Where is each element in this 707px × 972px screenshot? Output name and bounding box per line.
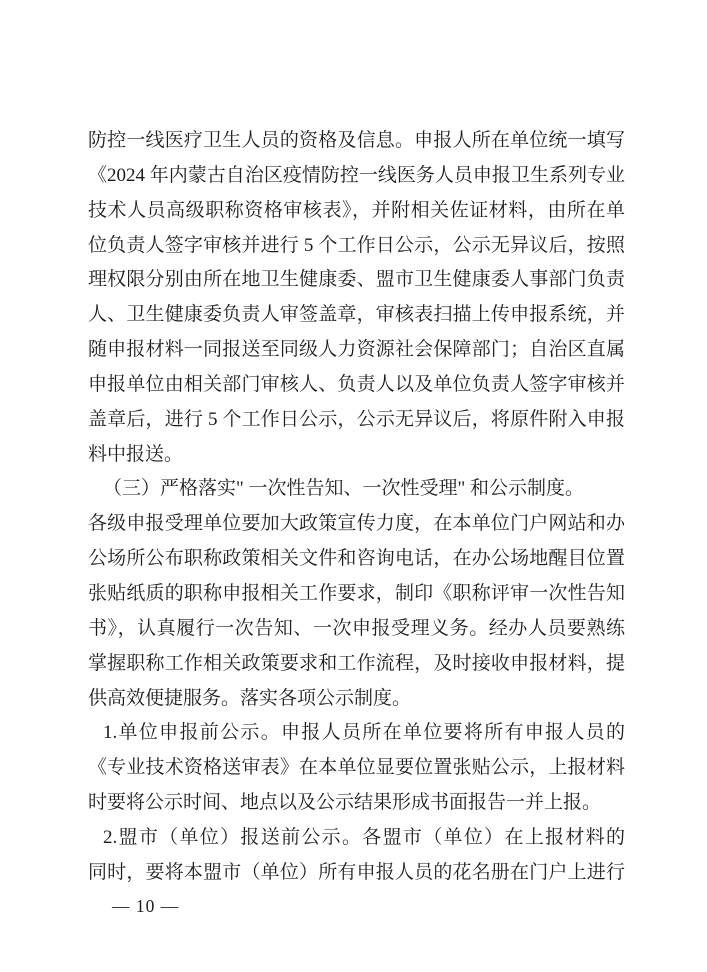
text-line: 供高效便捷服务。落实各项公示制度。 [88,682,625,717]
text-line: 随申报材料一同报送至同级人力资源社会保障部门；自治区直属 [88,333,625,368]
text-line: 盖章后，进行 5 个工作日公示，公示无异议后，将原件附入申报材 [88,403,625,438]
text-line: 料中报送。 [88,438,625,473]
text-line: 时要将公示时间、地点以及公示结果形成书面报告一并上报。 [88,786,625,821]
text-line: 张贴纸质的职称申报相关工作要求，制印《职称评审一次性告知 [88,577,625,612]
document-page: 防控一线医疗卫生人员的资格及信息。申报人所在单位统一填写《2024 年内蒙古自治… [0,0,707,972]
text-line: 书》，认真履行一次告知、一次申报受理义务。经办人员要熟练 [88,612,625,647]
text-line: 位负责人签字审核并进行 5 个工作日公示，公示无异议后，按照管 [88,229,625,264]
text-line: 《2024 年内蒙古自治区疫情防控一线医务人员申报卫生系列专业 [88,159,625,194]
text-line: 理权限分别由所在地卫生健康委、盟市卫生健康委人事部门负责 [88,263,625,298]
text-line: 申报单位由相关部门审核人、负责人以及单位负责人签字审核并 [88,368,625,403]
text-line: 《专业技术资格送审表》在本单位显要位置张贴公示，上报材料 [88,751,625,786]
text-line: 2.盟市（单位）报送前公示。各盟市（单位）在上报材料的 [88,821,625,856]
text-line: 技术人员高级职称资格审核表》，并附相关佐证材料，由所在单 [88,194,625,229]
text-line: 掌握职称工作相关政策要求和工作流程，及时接收申报材料，提 [88,647,625,682]
document-body: 防控一线医疗卫生人员的资格及信息。申报人所在单位统一填写《2024 年内蒙古自治… [88,124,625,891]
text-line: 各级申报受理单位要加大政策宣传力度，在本单位门户网站和办 [88,507,625,542]
text-line: 1.单位申报前公示。申报人员所在单位要将所有申报人员的 [88,716,625,751]
text-line: （三）严格落实" 一次性告知、一次性受理" 和公示制度。 [88,472,625,507]
text-line: 防控一线医疗卫生人员的资格及信息。申报人所在单位统一填写 [88,124,625,159]
text-line: 人、卫生健康委负责人审签盖章，审核表扫描上传申报系统，并 [88,298,625,333]
text-line: 同时，要将本盟市（单位）所有申报人员的花名册在门户上进行 [88,856,625,891]
text-line: 公场所公布职称政策相关文件和咨询电话，在办公场地醒目位置 [88,542,625,577]
page-number: — 10 — [112,894,179,918]
